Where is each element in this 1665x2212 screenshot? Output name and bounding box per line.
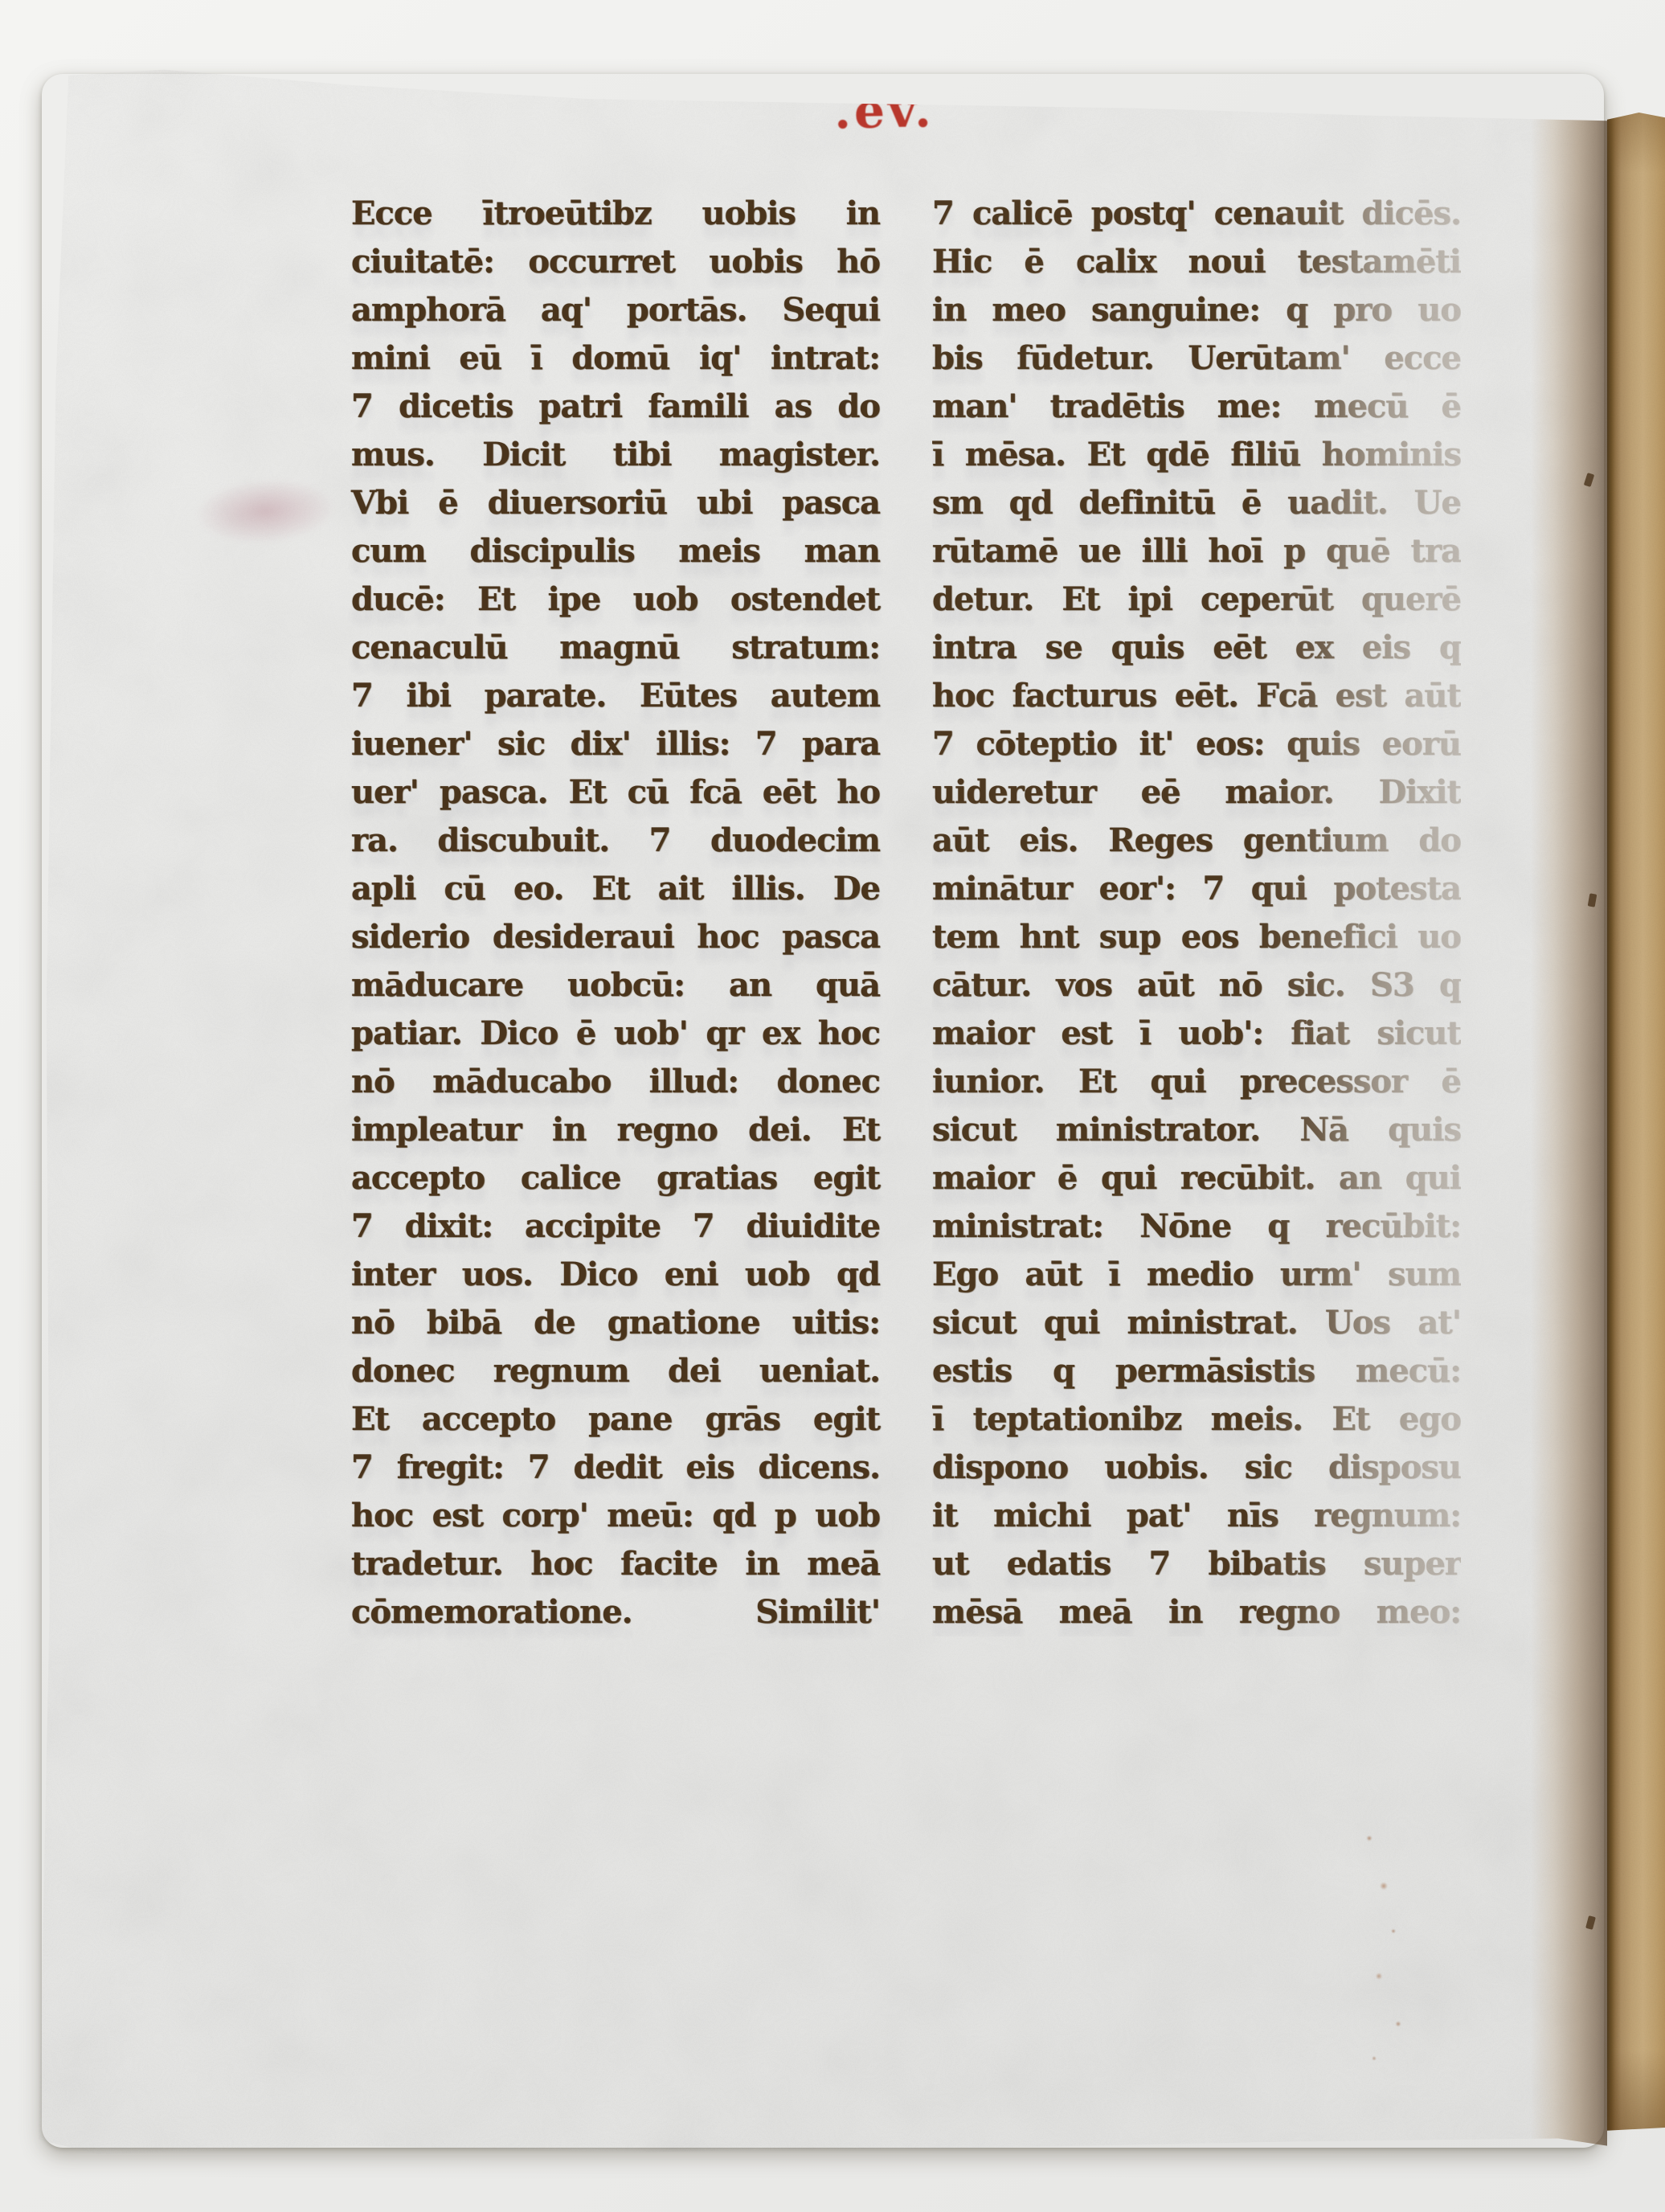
- text-line: detur. Et ipi ceperūt querē: [932, 576, 1461, 624]
- text-line: sm qd definitū ē uadit. Ue: [932, 479, 1461, 527]
- text-line: inter uos. Dico eni uob qd: [351, 1251, 880, 1299]
- text-line: iunior. Et qui precessor ē: [932, 1058, 1461, 1106]
- text-line: ducē: Et ipe uob ostendet: [351, 576, 880, 624]
- text-line: cōmemoratione. Similit': [351, 1588, 880, 1636]
- text-line: ministrat: Nōne q recūbit:: [932, 1202, 1461, 1251]
- text-line: man' tradētis me: mecū ē: [932, 383, 1461, 431]
- text-line: maior ē qui recūbit. an qui: [932, 1154, 1461, 1202]
- text-line: 7 ibi parate. Eūtes autem: [351, 672, 880, 720]
- text-line: bis fūdetur. Uerūtam' ecce: [932, 334, 1461, 383]
- text-line: ra. discubuit. 7 duodecim: [351, 817, 880, 865]
- text-line: sicut qui ministrat. Uos at': [932, 1299, 1461, 1347]
- text-line: hoc facturus eēt. Fcā est aūt: [932, 672, 1461, 720]
- parchment-grain: [1607, 113, 1665, 2132]
- text-line: ī teptationibz meis. Et ego: [932, 1395, 1461, 1444]
- text-column-left: Ecce ītroeūtibz uobis inciuitatē: occurr…: [351, 190, 880, 1636]
- text-line: aūt eis. Reges gentium do: [932, 817, 1461, 865]
- gutter-shading: [1531, 68, 1607, 2154]
- text-line: dispono uobis. sic disposu: [932, 1444, 1461, 1492]
- text-line: Et accepto pane grās egit: [351, 1395, 880, 1444]
- text-line: apli cū eo. Et ait illis. De: [351, 865, 880, 913]
- text-line: cātur. vos aūt nō sic. S3 q: [932, 961, 1461, 1010]
- manuscript-photo: { "photo": { "backdrop_color": "#ededeb"…: [0, 0, 1665, 2212]
- text-line: Vbi ē diuersoriū ubi pasca: [351, 479, 880, 527]
- text-line: cum discipulis meis man: [351, 527, 880, 576]
- text-line: 7 cōteptio it' eos: quis eorū: [932, 720, 1461, 768]
- text-line: siderio desideraui hoc pasca: [351, 913, 880, 961]
- text-line: uer' pasca. Et cū fcā eēt ho: [351, 768, 880, 817]
- text-line: Hic ē calix noui testamēti: [932, 238, 1461, 286]
- text-line: mus. Dicit tibi magister.: [351, 431, 880, 479]
- faded-marginal-note: [193, 474, 337, 548]
- text-line: tem hnt sup eos benefici uo: [932, 913, 1461, 961]
- text-line: accepto calice gratias egit: [351, 1154, 880, 1202]
- text-line: amphorā aq' portās. Sequi: [351, 286, 880, 334]
- text-column-right: 7 calicē postq' cenauit dicēs.Hic ē cali…: [932, 190, 1461, 1636]
- text-line: 7 fregit: 7 dedit eis dicens.: [351, 1444, 880, 1492]
- manuscript-leaf: .ev. Ecce ītroeūtibz uobis inciuitatē: o…: [39, 68, 1607, 2154]
- text-line: impleatur in regno dei. Et: [351, 1106, 880, 1154]
- text-line: mēsā meā in regno meo:: [932, 1588, 1461, 1636]
- text-line: uideretur eē maior. Dixit: [932, 768, 1461, 817]
- text-line: ciuitatē: occurret uobis hō: [351, 238, 880, 286]
- text-line: maior est ī uob': fiat sicut: [932, 1010, 1461, 1058]
- text-line: Ecce ītroeūtibz uobis in: [351, 190, 880, 238]
- text-line: intra se quis eēt ex eis q: [932, 624, 1461, 672]
- text-line: 7 dicetis patri famili as do: [351, 383, 880, 431]
- text-line: estis q permāsistis mecū:: [932, 1347, 1461, 1395]
- text-line: tradetur. hoc facite in meā: [351, 1540, 880, 1588]
- text-line: nō māducabo illud: donec: [351, 1058, 880, 1106]
- rust-specks: [1340, 1812, 1437, 2077]
- text-line: mini eū ī domū iq' intrat:: [351, 334, 880, 383]
- text-line: rūtamē ue illi hoī p quē tra: [932, 527, 1461, 576]
- text-line: ut edatis 7 bibatis super: [932, 1540, 1461, 1588]
- text-line: it michi pat' nīs regnum:: [932, 1492, 1461, 1540]
- text-line: ī mēsa. Et qdē filiū hominis: [932, 431, 1461, 479]
- adjacent-leaf-edge: [1607, 113, 1665, 2132]
- text-line: in meo sanguine: q pro uo: [932, 286, 1461, 334]
- text-line: iuener' sic dix' illis: 7 para: [351, 720, 880, 768]
- text-line: minātur eor': 7 qui potesta: [932, 865, 1461, 913]
- text-line: māducare uobcū: an quā: [351, 961, 880, 1010]
- text-line: sicut ministrator. Nā quis: [932, 1106, 1461, 1154]
- text-line: 7 calicē postq' cenauit dicēs.: [932, 190, 1461, 238]
- text-line: cenaculū magnū stratum:: [351, 624, 880, 672]
- text-line: nō bibā de gnatione uitis:: [351, 1299, 880, 1347]
- text-line: patiar. Dico ē uob' qr ex hoc: [351, 1010, 880, 1058]
- text-line: Ego aūt ī medio urm' sum: [932, 1251, 1461, 1299]
- text-line: 7 dixit: accipite 7 diuidite: [351, 1202, 880, 1251]
- text-line: donec regnum dei ueniat.: [351, 1347, 880, 1395]
- text-line: hoc est corp' meū: qd p uob: [351, 1492, 880, 1540]
